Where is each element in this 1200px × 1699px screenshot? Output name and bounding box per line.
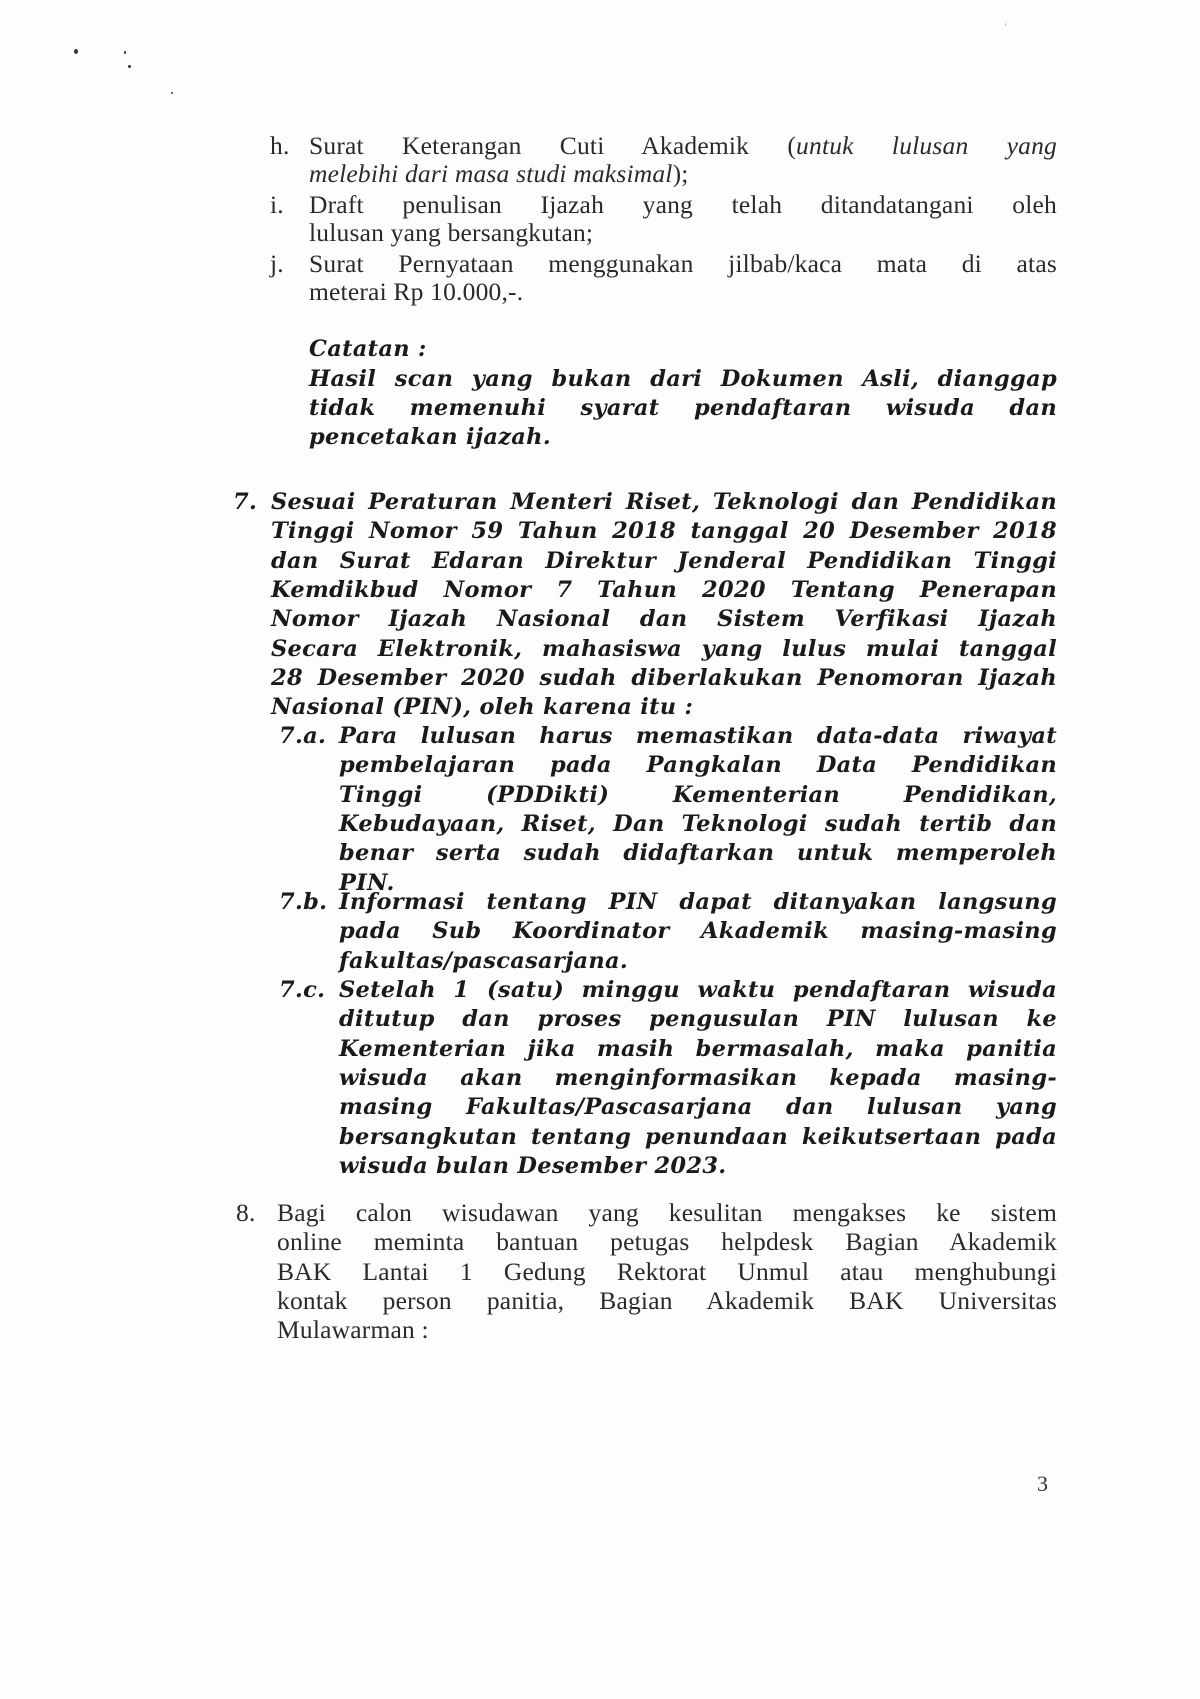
subitem-7-c-line-3: Kementerian jika masih bermasalah, maka … — [339, 1034, 1057, 1064]
scan-speck — [1005, 23, 1006, 26]
scan-speck — [74, 49, 78, 54]
item-8-line-3: BAK Lantai 1 Gedung Rektorat Unmul atau … — [277, 1257, 1057, 1287]
page-number: 3 — [1037, 1471, 1048, 1497]
subitem-7-a-line-3: Tinggi (PDDikti) Kementerian Pendidikan, — [339, 780, 1057, 810]
item-7-line-2: Tinggi Nomor 59 Tahun 2018 tanggal 20 De… — [271, 516, 1057, 546]
list-marker: 7.c. — [279, 975, 325, 1005]
list-item-i-line-1: Draft penulisan Ijazah yang telah ditand… — [309, 190, 1057, 220]
subitem-7-c-line-6: bersangkutan tentang penundaan keikutser… — [339, 1122, 1057, 1152]
note-title: Catatan : — [309, 334, 1057, 364]
list-item-j-line-1: Surat Pernyataan menggunakan jilbab/kaca… — [309, 249, 1057, 279]
list-marker: j. — [270, 249, 284, 279]
note-line-2: tidak memenuhi syarat pendaftaran wisuda… — [309, 393, 1057, 423]
subitem-7-c-line-4: wisuda akan menginformasikan kepada masi… — [339, 1063, 1057, 1093]
item-8-line-4: kontak person panitia, Bagian Akademik B… — [277, 1286, 1057, 1316]
scan-speck — [128, 65, 131, 68]
item-8-line-1: Bagi calon wisudawan yang kesulitan meng… — [277, 1198, 1057, 1228]
subitem-7-b-line-2: pada Sub Koordinator Akademik masing-mas… — [339, 916, 1057, 946]
subitem-7-a-line-4: Kebudayaan, Riset, Dan Teknologi sudah t… — [339, 809, 1057, 839]
subitem-7-b-line-1: Informasi tentang PIN dapat ditanyakan l… — [339, 887, 1057, 917]
item-7-line-7: 28 Desember 2020 sudah diberlakukan Peno… — [271, 663, 1057, 693]
list-marker: 7.a. — [279, 721, 326, 751]
subitem-7-c-line-2: ditutup dan proses pengusulan PIN lulusa… — [339, 1004, 1057, 1034]
item-7-line-8: Nasional (PIN), oleh karena itu : — [271, 692, 1057, 722]
subitem-7-a-line-5: benar serta sudah didaftarkan untuk memp… — [339, 838, 1057, 868]
list-marker: h. — [270, 131, 290, 161]
item-7-line-5: Nomor Ijazah Nasional dan Sistem Verfika… — [271, 604, 1057, 634]
list-marker: 7.b. — [279, 887, 327, 917]
item-7-line-6: Secara Elektronik, mahasiswa yang lulus … — [271, 634, 1057, 664]
list-marker: 7. — [233, 487, 257, 517]
subitem-7-a-line-2: pembelajaran pada Pangkalan Data Pendidi… — [339, 750, 1057, 780]
list-item-i-line-2: lulusan yang bersangkutan; — [309, 218, 1057, 248]
item-8-line-2: online meminta bantuan petugas helpdesk … — [277, 1227, 1057, 1257]
document-page: h. Surat Keterangan Cuti Akademik (untuk… — [0, 0, 1200, 1699]
list-item-h-line-2: melebihi dari masa studi maksimal); — [309, 159, 1057, 189]
item-8-line-5: Mulawarman : — [277, 1315, 1057, 1345]
subitem-7-c-line-7: wisuda bulan Desember 2023. — [339, 1151, 1057, 1181]
item-7-line-4: Kemdikbud Nomor 7 Tahun 2020 Tentang Pen… — [271, 575, 1057, 605]
list-marker: i. — [270, 190, 284, 220]
subitem-7-c-line-1: Setelah 1 (satu) minggu waktu pendaftara… — [339, 975, 1057, 1005]
scan-speck — [124, 51, 126, 54]
item-7-line-1: Sesuai Peraturan Menteri Riset, Teknolog… — [271, 487, 1057, 517]
scan-speck — [171, 92, 173, 94]
list-item-j-line-2: meterai Rp 10.000,-. — [309, 277, 1057, 307]
subitem-7-b-line-3: fakultas/pascasarjana. — [339, 946, 1057, 976]
subitem-7-c-line-5: masing Fakultas/Pascasarjana dan lulusan… — [339, 1092, 1057, 1122]
note-line-1: Hasil scan yang bukan dari Dokumen Asli,… — [309, 364, 1057, 394]
note-line-3: pencetakan ijazah. — [309, 422, 1057, 452]
item-7-line-3: dan Surat Edaran Direktur Jenderal Pendi… — [271, 546, 1057, 576]
subitem-7-a-line-1: Para lulusan harus memastikan data-data … — [339, 721, 1057, 751]
list-item-h-line-1: Surat Keterangan Cuti Akademik (untuk lu… — [309, 131, 1057, 161]
list-marker: 8. — [236, 1198, 256, 1228]
